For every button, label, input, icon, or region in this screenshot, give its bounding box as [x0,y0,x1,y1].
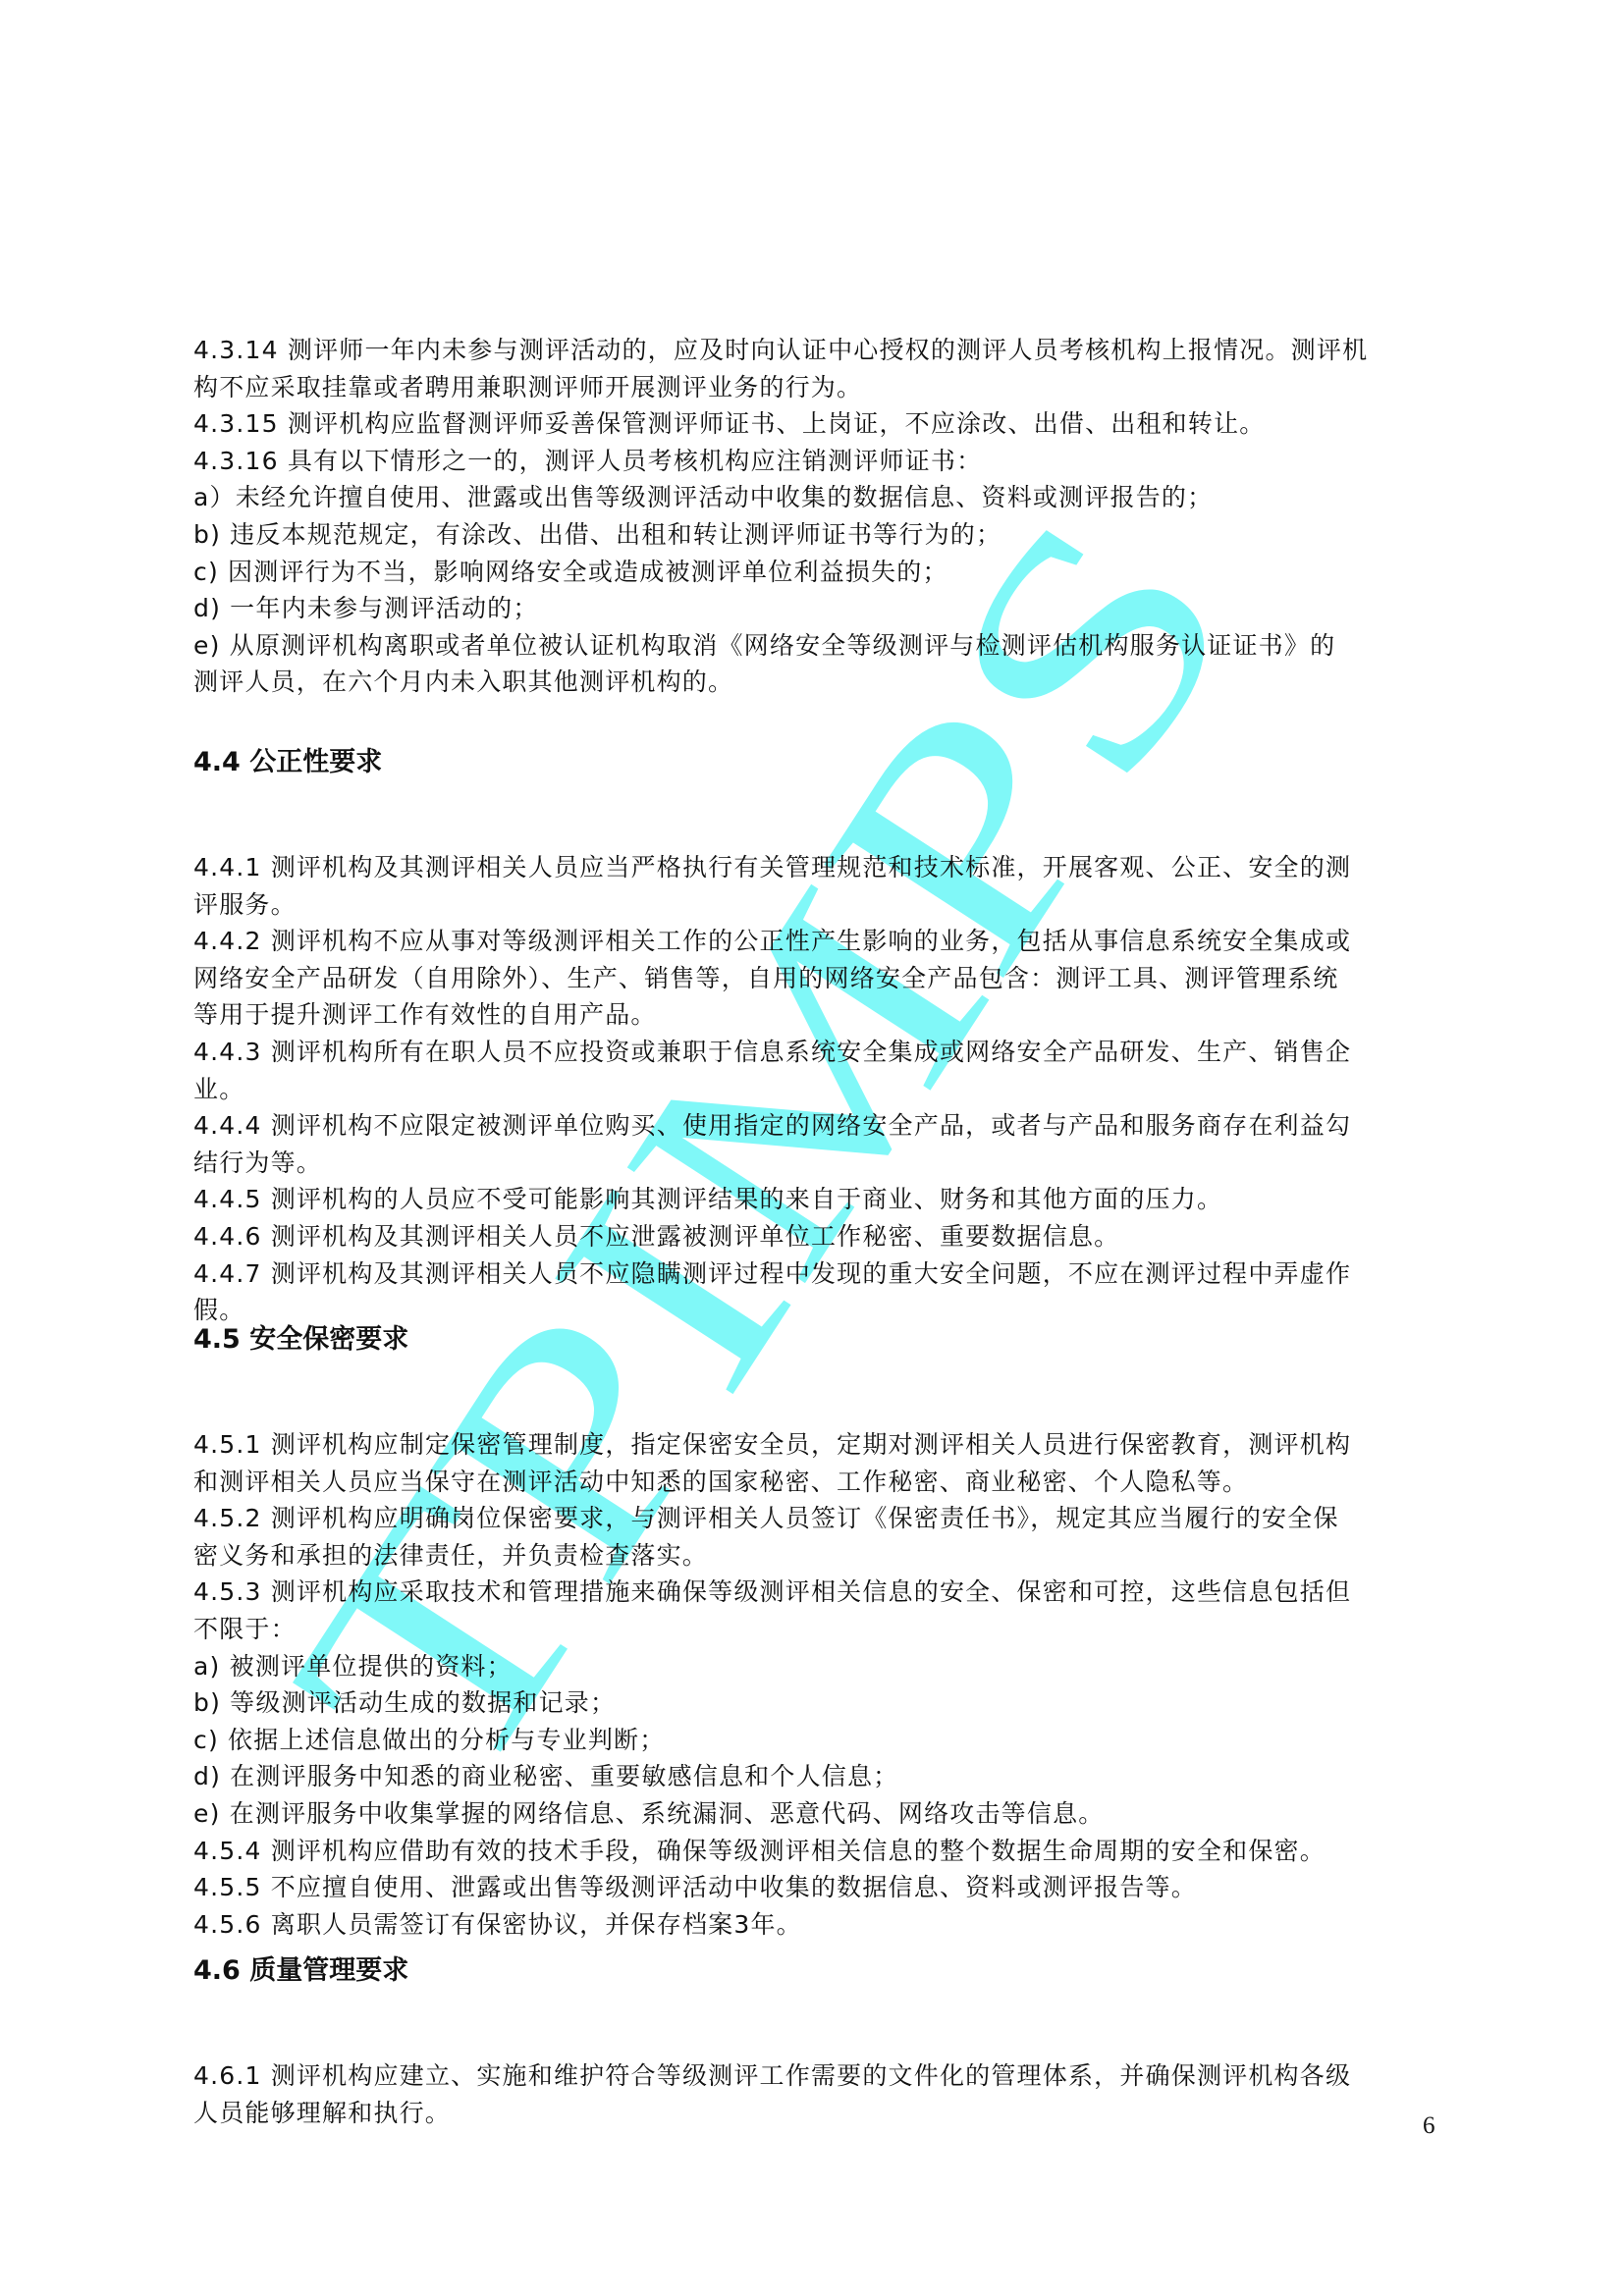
text-line: a）未经允许擅自使用、泄露或出售等级测评活动中收集的数据信息、资料或测评报告的； [193,479,1482,516]
section-heading: 4.6 质量管理要求 [193,1951,1482,1991]
text-line: 4.5.3 测评机构应采取技术和管理措施来确保等级测评相关信息的安全、保密和可控… [193,1574,1482,1611]
text-line: 评服务。 [193,886,1482,924]
text-line: 4.5.2 测评机构应明确岗位保密要求，与测评相关人员签订《保密责任书》，规定其… [193,1500,1482,1537]
text-line: 4.4.3 测评机构所有在职人员不应投资或兼职于信息系统安全集成或网络安全产品研… [193,1034,1482,1071]
text-line: 4.4.5 测评机构的人员应不受可能影响其测评结果的来自于商业、财务和其他方面的… [193,1181,1482,1218]
text-line: d) 一年内未参与测评活动的； [193,590,1482,627]
text-line: 业。 [193,1071,1482,1108]
page-number: 6 [1423,2112,1435,2140]
section-4-3-continuation: 4.3.14 测评师一年内未参与测评活动的，应及时向认证中心授权的测评人员考核机… [193,332,1482,701]
document-page: TPIMPS 4.3.14 测评师一年内未参与测评活动的，应及时向认证中心授权的… [0,0,1624,2296]
text-line: 结行为等。 [193,1145,1482,1182]
text-line: 4.5.1 测评机构应制定保密管理制度，指定保密安全员，定期对测评相关人员进行保… [193,1426,1482,1464]
text-line: 4.4.6 测评机构及其测评相关人员不应泄露被测评单位工作秘密、重要数据信息。 [193,1218,1482,1255]
text-line: 4.4.2 测评机构不应从事对等级测评相关工作的公正性产生影响的业务，包括从事信… [193,923,1482,960]
section-heading: 4.4 公正性要求 [193,743,1482,782]
text-line: a) 被测评单位提供的资料； [193,1648,1482,1685]
text-line: 人员能够理解和执行。 [193,2095,1482,2132]
text-line: 4.3.15 测评机构应监督测评师妥善保管测评师证书、上岗证，不应涂改、出借、出… [193,405,1482,443]
text-line: 4.3.16 具有以下情形之一的，测评人员考核机构应注销测评师证书： [193,443,1482,480]
text-line: 4.4.7 测评机构及其测评相关人员不应隐瞒测评过程中发现的重大安全问题，不应在… [193,1255,1482,1293]
section-4-5: 4.5 安全保密要求 4.5.1 测评机构应制定保密管理制度，指定保密安全员，定… [193,1320,1482,1943]
text-line: 密义务和承担的法律责任，并负责检查落实。 [193,1537,1482,1575]
text-line: 4.5.5 不应擅自使用、泄露或出售等级测评活动中收集的数据信息、资料或测评报告… [193,1869,1482,1906]
text-line: b) 等级测评活动生成的数据和记录； [193,1684,1482,1722]
text-line: 等用于提升测评工作有效性的自用产品。 [193,996,1482,1034]
text-line: 4.4.1 测评机构及其测评相关人员应当严格执行有关管理规范和技术标准，开展客观… [193,849,1482,886]
text-line: 4.4.4 测评机构不应限定被测评单位购买、使用指定的网络安全产品，或者与产品和… [193,1107,1482,1145]
section-4-6: 4.6 质量管理要求 4.6.1 测评机构应建立、实施和维护符合等级测评工作需要… [193,1951,1482,2131]
text-line: c) 依据上述信息做出的分析与专业判断； [193,1722,1482,1759]
text-line: 4.5.4 测评机构应借助有效的技术手段，确保等级测评相关信息的整个数据生命周期… [193,1833,1482,1870]
text-line: 网络安全产品研发（自用除外）、生产、销售等，自用的网络安全产品包含：测评工具、测… [193,960,1482,997]
text-line: 构不应采取挂靠或者聘用兼职测评师开展测评业务的行为。 [193,369,1482,406]
text-line: 4.3.14 测评师一年内未参与测评活动的，应及时向认证中心授权的测评人员考核机… [193,332,1482,369]
section-4-4: 4.4 公正性要求 4.4.1 测评机构及其测评相关人员应当严格执行有关管理规范… [193,743,1482,1329]
text-line: 测评人员，在六个月内未入职其他测评机构的。 [193,664,1482,701]
text-line: 不限于： [193,1611,1482,1648]
text-line: 和测评相关人员应当保守在测评活动中知悉的国家秘密、工作秘密、商业秘密、个人隐私等… [193,1464,1482,1501]
text-line: b) 违反本规范规定，有涂改、出借、出租和转让测评师证书等行为的； [193,516,1482,554]
text-line: 4.5.6 离职人员需签订有保密协议，并保存档案3年。 [193,1906,1482,1944]
text-line: 4.6.1 测评机构应建立、实施和维护符合等级测评工作需要的文件化的管理体系，并… [193,2057,1482,2095]
text-line: d) 在测评服务中知悉的商业秘密、重要敏感信息和个人信息； [193,1758,1482,1795]
text-line: e) 从原测评机构离职或者单位被认证机构取消《网络安全等级测评与检测评估机构服务… [193,627,1482,665]
section-heading: 4.5 安全保密要求 [193,1320,1482,1360]
text-line: c) 因测评行为不当，影响网络安全或造成被测评单位利益损失的； [193,554,1482,591]
text-line: e) 在测评服务中收集掌握的网络信息、系统漏洞、恶意代码、网络攻击等信息。 [193,1795,1482,1833]
